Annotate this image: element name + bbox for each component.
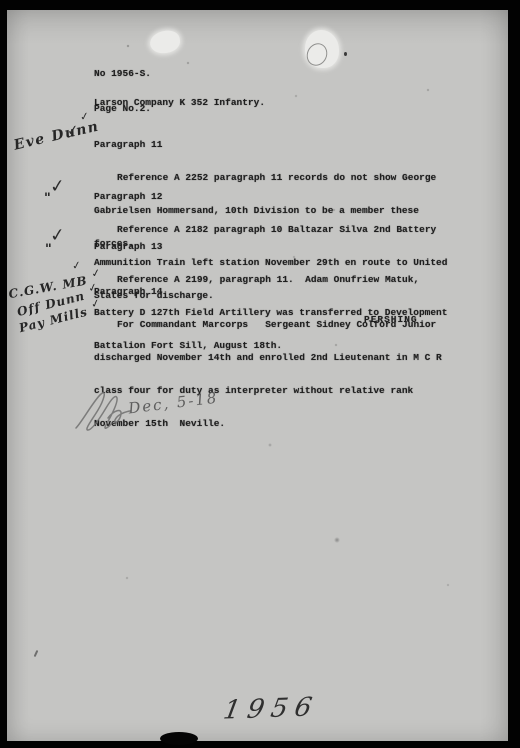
whiteout-blob: [149, 29, 182, 55]
paragraph-label: Paragraph 14: [94, 286, 442, 297]
scanned-document-photo: No 1956-S. Page No.2. Larson Company K 3…: [0, 0, 520, 748]
checkmark-icon: ✓: [49, 177, 66, 196]
paragraph-label: Paragraph 13: [94, 241, 447, 252]
typed-line: November 15th Neville.: [94, 418, 442, 429]
ditto-mark: ": [45, 243, 52, 256]
whiteout-blob: [305, 30, 339, 68]
ring-mark: [303, 40, 331, 69]
document-page: No 1956-S. Page No.2. Larson Company K 3…: [7, 10, 508, 741]
paper-edge-notch: [160, 732, 198, 745]
paragraph-14: Paragraph 14 For Commandant Marcorps Ser…: [94, 264, 442, 451]
signoff-pershing: PERSHING: [364, 314, 418, 325]
doc-number: No 1956-S.: [94, 68, 151, 80]
signature-flourish: [74, 388, 136, 434]
checkmark-icon: ✓: [66, 123, 80, 138]
ditto-mark: ": [44, 192, 51, 205]
subject-line: Larson Company K 352 Infantry.: [94, 97, 265, 108]
ink-dot: [344, 52, 347, 56]
margin-note-eve-dunn: Eve Dunn: [12, 118, 101, 153]
checkmark-icon: ✓: [90, 266, 102, 281]
paragraph-label: Paragraph 12: [94, 191, 447, 202]
typed-line: discharged November 14th and enrolled 2n…: [94, 352, 442, 363]
paragraph-label: Paragraph 11: [94, 139, 436, 150]
catalog-number-handwritten: 1956: [221, 692, 321, 725]
typed-line: class four for duty as interpreter witho…: [94, 385, 442, 396]
stray-mark: [34, 650, 39, 657]
checkmark-icon: ✓: [71, 259, 82, 271]
